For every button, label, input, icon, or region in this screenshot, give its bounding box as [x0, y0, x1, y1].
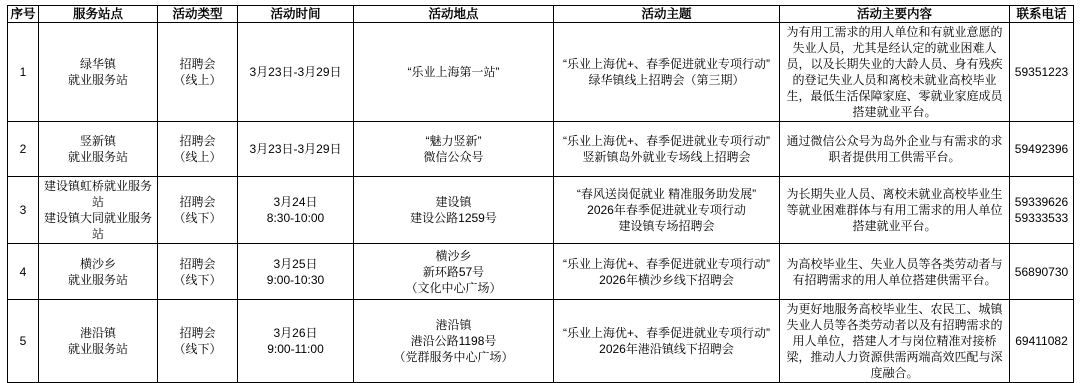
cell-activity-location: 建设镇 建设公路1259号 — [354, 177, 554, 244]
cell-activity-theme: “乐业上海优+、春季促进就业专项行动” 2026年港沿镇线下招聘会 — [554, 300, 780, 347]
cell-activity-time: 3月25日 9:00-10:30 — [238, 244, 354, 300]
cell-activity-content: 为更好地服务高校毕业生、农民工、城镇失业人员等各类劳动者以及有招聘需求的用人单位… — [780, 300, 1010, 347]
cell-activity-theme: “乐业上海优+、春季促进就业专项行动” 2026年横沙乡线下招聘会 — [554, 244, 780, 300]
column-header-station: 服务站点 — [39, 6, 158, 23]
cell-activity-theme: “乐业上海优+、春季促进就业专项行动” 竖新镇岛外就业专场线上招聘会 — [554, 122, 780, 177]
cell-station: 建设镇虹桥就业服务站 建设镇大同就业服务站 — [39, 177, 158, 244]
column-header-activity-content: 活动主要内容 — [780, 6, 1010, 23]
cell-activity-content: 为有用工需求的用人单位和有就业意愿的失业人员，尤其是经认定的就业困难人员，以及长… — [780, 23, 1010, 122]
cell-station: 横沙乡 就业服务站 — [39, 244, 158, 300]
cell-activity-time: 3月24日 8:30-10:00 — [238, 177, 354, 244]
cell-activity-time: 3月23日-3月29日 — [238, 23, 354, 122]
table-row: 5 港沿镇 就业服务站 招聘会 （线下） 3月26日 9:00-11:00 港沿… — [8, 300, 1074, 347]
column-header-index: 序号 — [8, 6, 39, 23]
cell-activity-location: 港沿镇 港沿公路1198号 （党群服务中心广场） — [354, 300, 554, 347]
table-row: 1 绿华镇 就业服务站 招聘会 （线上） 3月23日-3月29日 “乐业上海第一… — [8, 23, 1074, 122]
cell-station: 港沿镇 就业服务站 — [39, 300, 158, 347]
cell-index: 5 — [8, 300, 39, 347]
job-fair-schedule-table: 序号 服务站点 活动类型 活动时间 活动地点 活动主题 活动主要内容 联系电话 … — [7, 5, 1074, 346]
cell-contact-phone: 59351223 — [1010, 23, 1074, 122]
cell-activity-theme: “乐业上海优+、春季促进就业专项行动” 绿华镇线上招聘会（第三期） — [554, 23, 780, 122]
column-header-contact-phone: 联系电话 — [1010, 6, 1074, 23]
cell-activity-type: 招聘会 （线上） — [158, 122, 238, 177]
column-header-activity-type: 活动类型 — [158, 6, 238, 23]
cell-contact-phone: 56890730 — [1010, 244, 1074, 300]
cell-station: 绿华镇 就业服务站 — [39, 23, 158, 122]
cell-activity-content: 通过微信公众号为岛外企业与有需求的求职者提供用工供需平台。 — [780, 122, 1010, 177]
cell-contact-phone: 59339626 59333533 — [1010, 177, 1074, 244]
job-fair-schedule: 序号 服务站点 活动类型 活动时间 活动地点 活动主题 活动主要内容 联系电话 … — [7, 5, 1074, 346]
cell-contact-phone: 69411082 — [1010, 300, 1074, 347]
column-header-activity-time: 活动时间 — [238, 6, 354, 23]
table-header-row: 序号 服务站点 活动类型 活动时间 活动地点 活动主题 活动主要内容 联系电话 — [8, 6, 1074, 23]
cell-activity-location: “乐业上海第一站” — [354, 23, 554, 122]
cell-activity-location: 横沙乡 新环路57号 （文化中心广场） — [354, 244, 554, 300]
cell-index: 4 — [8, 244, 39, 300]
cell-activity-theme: “春风送岗促就业 精准服务助发展” 2026年春季促进就业专项行动 建设镇专场招… — [554, 177, 780, 244]
cell-activity-location: “魅力竖新” 微信公众号 — [354, 122, 554, 177]
cell-activity-type: 招聘会 （线上） — [158, 23, 238, 122]
column-header-activity-location: 活动地点 — [354, 6, 554, 23]
cell-activity-content: 为高校毕业生、失业人员等各类劳动者与有招聘需求的用人单位搭建供需平台。 — [780, 244, 1010, 300]
cell-activity-type: 招聘会 （线下） — [158, 244, 238, 300]
table-row: 3 建设镇虹桥就业服务站 建设镇大同就业服务站 招聘会 （线下） 3月24日 8… — [8, 177, 1074, 244]
cell-index: 2 — [8, 122, 39, 177]
cell-activity-type: 招聘会 （线下） — [158, 177, 238, 244]
table-row: 4 横沙乡 就业服务站 招聘会 （线下） 3月25日 9:00-10:30 横沙… — [8, 244, 1074, 300]
cell-activity-time: 3月26日 9:00-11:00 — [238, 300, 354, 347]
cell-station: 竖新镇 就业服务站 — [39, 122, 158, 177]
cell-activity-type: 招聘会 （线下） — [158, 300, 238, 347]
cell-index: 3 — [8, 177, 39, 244]
cell-activity-time: 3月23日-3月29日 — [238, 122, 354, 177]
cell-contact-phone: 59492396 — [1010, 122, 1074, 177]
cell-index: 1 — [8, 23, 39, 122]
column-header-activity-theme: 活动主题 — [554, 6, 780, 23]
cell-activity-content: 为长期失业人员、离校未就业高校毕业生等就业困难群体与有用工需求的用人单位搭建就业… — [780, 177, 1010, 244]
table-row: 2 竖新镇 就业服务站 招聘会 （线上） 3月23日-3月29日 “魅力竖新” … — [8, 122, 1074, 177]
